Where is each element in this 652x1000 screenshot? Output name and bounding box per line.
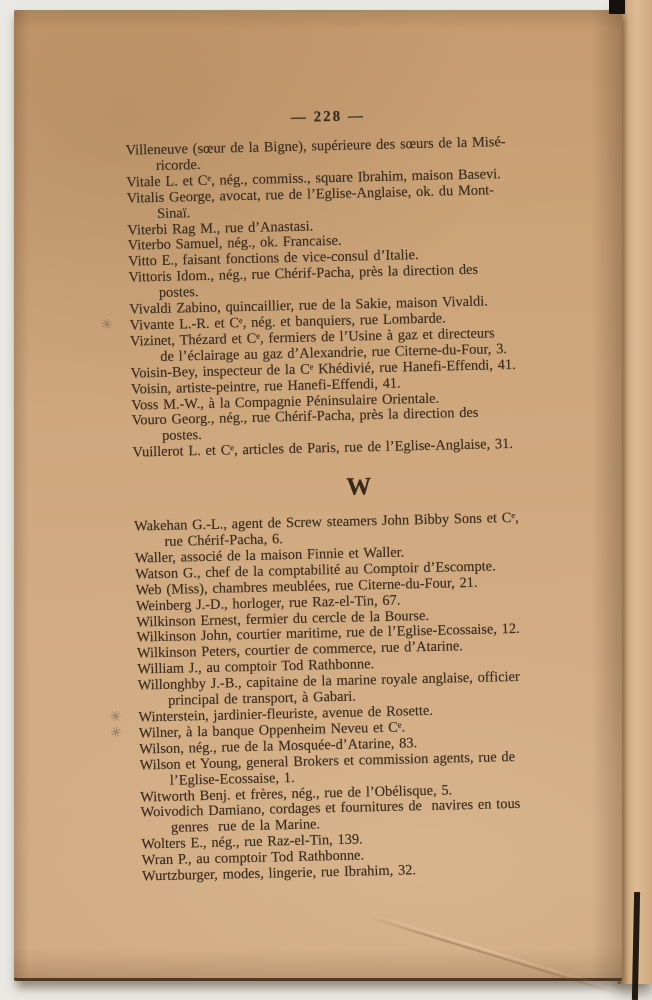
book-scan: — 228 — Villeneuve (sœur de la Bigne), s… (0, 0, 652, 1000)
printed-text-block: — 228 — Villeneuve (sœur de la Bigne), s… (98, 104, 581, 886)
margin-star-mark: ✳ (108, 708, 123, 726)
page-crease-highlight (366, 912, 615, 990)
margin-star-mark: ✳ (99, 316, 114, 334)
directory-listing: Villeneuve (sœur de la Bigne), supérieur… (125, 134, 581, 886)
adjacent-page-edge (618, 0, 652, 984)
page-crease (364, 915, 618, 994)
book-page: — 228 — Villeneuve (sœur de la Bigne), s… (14, 10, 622, 981)
page-number: — 228 — (98, 104, 558, 131)
binding-notch-top (609, 0, 625, 14)
section-heading-w: W (133, 468, 586, 506)
margin-star-mark: ✳ (108, 724, 123, 742)
